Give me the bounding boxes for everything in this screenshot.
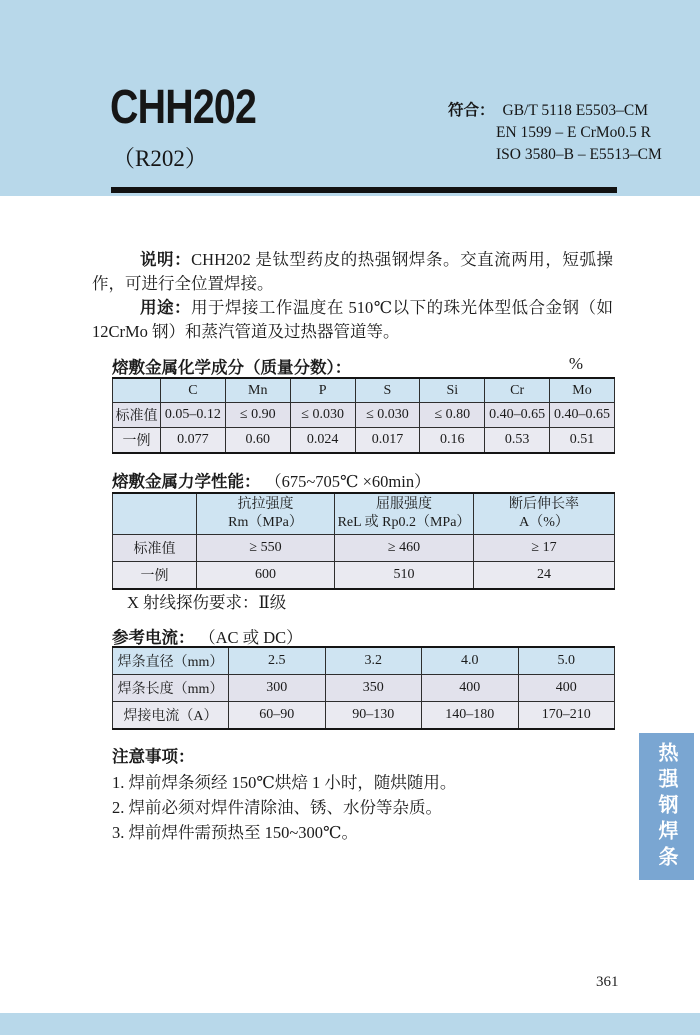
chemical-composition-table: C Mn P S Si Cr Mo 标准值 0.05–0.12 ≤ 0.90 ≤… [112, 377, 615, 454]
mechanical-section-title: 熔敷金属力学性能： （675~705℃ ×60min） [112, 468, 615, 492]
description-paragraph: 说明：CHH202 是钛型药皮的热强钢焊条。交直流两用，短弧操作，可进行全位置焊… [92, 248, 613, 296]
intro-paragraphs: 说明：CHH202 是钛型药皮的热强钢焊条。交直流两用，短弧操作，可进行全位置焊… [92, 248, 613, 344]
row-label: 焊条直径（mm） [113, 647, 229, 675]
cell: 350 [325, 675, 422, 702]
cell: 0.60 [225, 428, 290, 454]
catalog-page: CHH202 （R202） 符合： GB/T 5118 E5503–CM EN … [0, 0, 700, 1035]
cell: 24 [474, 562, 615, 590]
corner-cell [113, 493, 197, 535]
cell: ≥ 550 [197, 535, 335, 562]
current-row: 焊接电流（A） 60–90 90–130 140–180 170–210 [113, 702, 615, 730]
diameter-row: 焊条直径（mm） 2.5 3.2 4.0 5.0 [113, 647, 615, 675]
category-tab-label: 热强钢焊条 [652, 742, 681, 872]
chemical-example-row: 一例 0.077 0.60 0.024 0.017 0.16 0.53 0.51 [113, 428, 615, 454]
compliance-label: 符合： [448, 100, 495, 122]
mechanical-standard-row: 标准值 ≥ 550 ≥ 460 ≥ 17 [113, 535, 615, 562]
row-label: 焊接电流（A） [113, 702, 229, 730]
col-header-elongation: 断后伸长率 A（%） [474, 493, 615, 535]
footer-band [0, 1013, 700, 1035]
note-item-1: 1. 焊前焊条须经 150℃烘焙 1 小时，随烘随用。 [112, 770, 617, 795]
current-condition: （AC 或 DC） [199, 628, 303, 647]
standard-gbt: GB/T 5118 E5503–CM [503, 100, 649, 122]
description-label: 说明： [140, 251, 191, 269]
col-header-yield: 屈服强度 ReL 或 Rp0.2（MPa） [335, 493, 474, 535]
cell: 5.0 [518, 647, 615, 675]
row-label: 一例 [113, 428, 161, 454]
notes-title: 注意事项： [112, 743, 617, 767]
page-number: 361 [596, 974, 619, 991]
col-header-mn: Mn [225, 378, 290, 403]
chemical-header-row: C Mn P S Si Cr Mo [113, 378, 615, 403]
header-rule [111, 187, 617, 193]
col-header-c: C [161, 378, 226, 403]
col-header-s: S [355, 378, 420, 403]
usage-label: 用途： [140, 299, 191, 317]
chemical-title-text: 熔敷金属化学成分（质量分数）： [112, 359, 351, 377]
mechanical-title-text: 熔敷金属力学性能： [112, 473, 261, 491]
cell: 90–130 [325, 702, 422, 730]
cell: 400 [518, 675, 615, 702]
row-label: 标准值 [113, 403, 161, 428]
cell: 0.51 [550, 428, 615, 454]
standard-en: EN 1599 – E CrMo0.5 R [448, 122, 662, 144]
cell: 3.2 [325, 647, 422, 675]
cell: 0.05–0.12 [161, 403, 226, 428]
col-header-mo: Mo [550, 378, 615, 403]
cell: 0.40–0.65 [485, 403, 550, 428]
cell: ≤ 0.030 [355, 403, 420, 428]
cell: ≤ 0.90 [225, 403, 290, 428]
standards-block: 符合： GB/T 5118 E5503–CM EN 1599 – E CrMo0… [448, 100, 662, 166]
chemical-unit: % [569, 354, 583, 374]
header-line-1: 抗拉强度 [198, 496, 333, 514]
product-model: CHH202 [110, 84, 256, 132]
corner-cell [113, 378, 161, 403]
col-header-cr: Cr [485, 378, 550, 403]
mechanical-header-row: 抗拉强度 Rm（MPa） 屈服强度 ReL 或 Rp0.2（MPa） 断后伸长率… [113, 493, 615, 535]
header-band: CHH202 （R202） 符合： GB/T 5118 E5503–CM EN … [0, 0, 700, 196]
note-item-2: 2. 焊前必须对焊件清除油、锈、水份等杂质。 [112, 795, 617, 820]
header-line-1: 断后伸长率 [475, 496, 613, 514]
standard-iso: ISO 3580–B – E5513–CM [448, 144, 662, 166]
reference-current-table: 焊条直径（mm） 2.5 3.2 4.0 5.0 焊条长度（mm） 300 35… [112, 646, 615, 730]
chemical-section-title: % 熔敷金属化学成分（质量分数）： [112, 354, 615, 378]
cell: 4.0 [422, 647, 519, 675]
cell: 2.5 [229, 647, 326, 675]
cell: 60–90 [229, 702, 326, 730]
cell: ≤ 0.80 [420, 403, 485, 428]
cell: 0.16 [420, 428, 485, 454]
length-row: 焊条长度（mm） 300 350 400 400 [113, 675, 615, 702]
xray-requirement: X 射线探伤要求：Ⅱ级 [127, 589, 286, 613]
cell: 0.017 [355, 428, 420, 454]
cell: ≥ 460 [335, 535, 474, 562]
cell: 0.024 [290, 428, 355, 454]
header-line-2: Rm（MPa） [198, 514, 333, 532]
current-title-text: 参考电流： [112, 629, 195, 647]
row-label: 标准值 [113, 535, 197, 562]
cell: 400 [422, 675, 519, 702]
col-header-si: Si [420, 378, 485, 403]
standards-line-1: 符合： GB/T 5118 E5503–CM [448, 100, 662, 122]
cell: 170–210 [518, 702, 615, 730]
row-label: 一例 [113, 562, 197, 590]
col-header-tensile: 抗拉强度 Rm（MPa） [197, 493, 335, 535]
chemical-standard-row: 标准值 0.05–0.12 ≤ 0.90 ≤ 0.030 ≤ 0.030 ≤ 0… [113, 403, 615, 428]
cell: ≤ 0.030 [290, 403, 355, 428]
cell: 0.077 [161, 428, 226, 454]
category-side-tab: 热强钢焊条 [639, 733, 694, 880]
cell: 140–180 [422, 702, 519, 730]
note-item-3: 3. 焊前焊件需预热至 150~300℃。 [112, 820, 617, 845]
cell: 0.40–0.65 [550, 403, 615, 428]
cell: ≥ 17 [474, 535, 615, 562]
header-line-2: A（%） [475, 514, 613, 532]
usage-paragraph: 用途：用于焊接工作温度在 510℃以下的珠光体型低合金钢（如 12CrMo 钢）… [92, 296, 613, 344]
cell: 510 [335, 562, 474, 590]
mechanical-condition: （675~705℃ ×60min） [265, 472, 430, 491]
current-section-title: 参考电流： （AC 或 DC） [112, 624, 615, 648]
row-label: 焊条长度（mm） [113, 675, 229, 702]
cell: 0.53 [485, 428, 550, 454]
mechanical-example-row: 一例 600 510 24 [113, 562, 615, 590]
header-line-2: ReL 或 Rp0.2（MPa） [336, 514, 472, 532]
col-header-p: P [290, 378, 355, 403]
product-alias: （R202） [112, 140, 208, 173]
header-line-1: 屈服强度 [336, 496, 472, 514]
cell: 300 [229, 675, 326, 702]
notes-section: 注意事项： 1. 焊前焊条须经 150℃烘焙 1 小时，随烘随用。 2. 焊前必… [112, 743, 617, 845]
mechanical-properties-table: 抗拉强度 Rm（MPa） 屈服强度 ReL 或 Rp0.2（MPa） 断后伸长率… [112, 492, 615, 590]
cell: 600 [197, 562, 335, 590]
